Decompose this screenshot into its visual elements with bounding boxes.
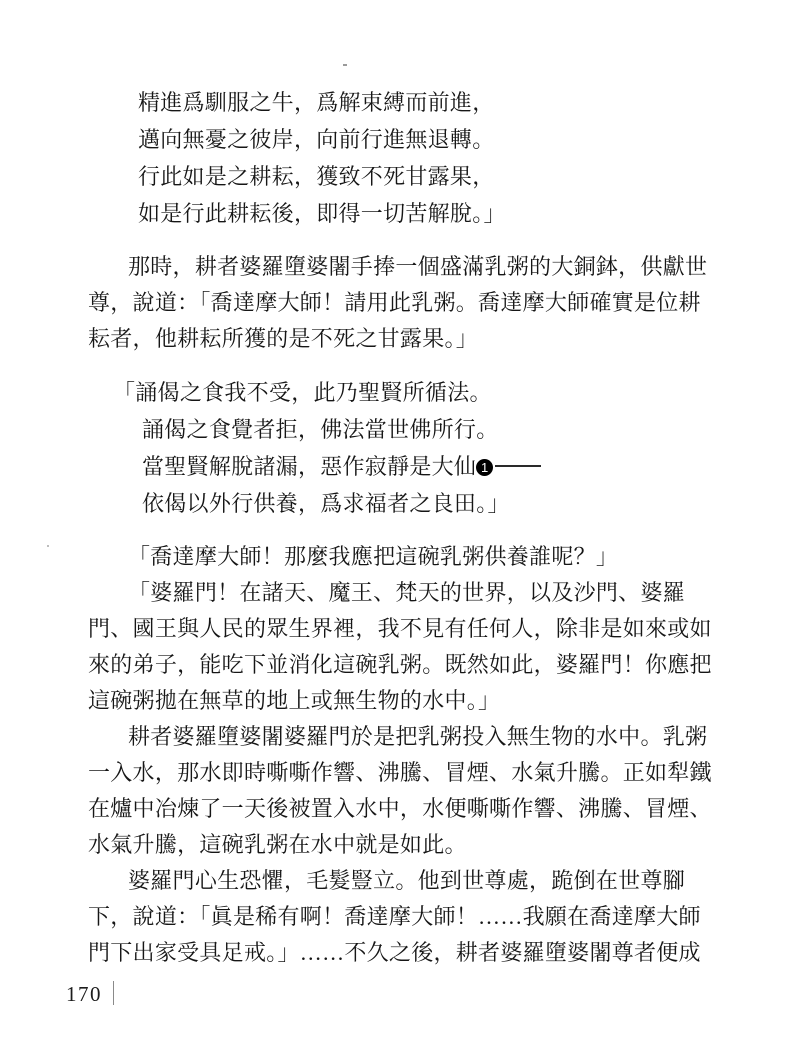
verse-block-plowing: 精進爲馴服之牛，爲解束縛而前進， 邁向無憂之彼岸，向前行進無退轉。 行此如是之耕… (88, 84, 714, 232)
verse-line: 當聖賢解脫諸漏，惡作寂靜是大仙1—— (142, 448, 714, 485)
scan-speck (47, 545, 49, 547)
paragraph-line: 「婆羅門！在諸天、魔王、梵天的世界，以及沙門、婆羅 (88, 575, 714, 611)
paragraph-line: 婆羅門心生恐懼，毛髮豎立。他到世尊處，跪倒在世尊腳 (88, 863, 714, 899)
page-number: 170 (66, 982, 102, 1006)
paragraph-offering: 那時，耕者婆羅墮婆闍手捧一個盛滿乳粥的大銅鉢，供獻世 尊，說道：「喬達摩大師！請… (88, 249, 714, 357)
paragraph-line: 耕者婆羅墮婆闍婆羅門於是把乳粥投入無生物的水中。乳粥 (88, 719, 714, 755)
book-page: 精進爲馴服之牛，爲解束縛而前進， 邁向無憂之彼岸，向前行進無退轉。 行此如是之耕… (0, 0, 792, 1056)
paragraph-line: 門、國王與人民的眾生界裡，我不見有任何人，除非是如來或如 (88, 611, 714, 647)
verse-block-refusal: 「誦偈之食我不受，此乃聖賢所循法。 誦偈之食覺者拒，佛法當世佛所行。 當聖賢解脫… (88, 374, 714, 522)
verse-line: 依偈以外行供養，爲求福者之良田。」 (142, 485, 714, 522)
verse-line: 「誦偈之食我不受，此乃聖賢所循法。 (113, 374, 714, 411)
paragraph-line: 「喬達摩大師！那麼我應把這碗乳粥供養誰呢？」 (88, 539, 714, 575)
scan-speck (343, 64, 347, 66)
spacer (88, 522, 714, 539)
verse-line: 行此如是之耕耘，獲致不死甘露果， (138, 158, 714, 195)
paragraph-line: 這碗粥拋在無草的地上或無生物的水中。」 (88, 683, 714, 719)
paragraph-line: 耘者，他耕耘所獲的是不死之甘露果。」 (88, 321, 714, 357)
paragraph-line: 來的弟子，能吃下並消化這碗乳粥。既然如此，婆羅門！你應把 (88, 647, 714, 683)
paragraph-water: 耕者婆羅墮婆闍婆羅門於是把乳粥投入無生物的水中。乳粥 一入水，那水即時嘶嘶作響、… (88, 719, 714, 863)
paragraph-line: 那時，耕者婆羅墮婆闍手捧一個盛滿乳粥的大銅鉢，供獻世 (88, 249, 714, 285)
paragraph-line: 尊，說道：「喬達摩大師！請用此乳粥。喬達摩大師確實是位耕 (88, 285, 714, 321)
paragraph-answer: 「婆羅門！在諸天、魔王、梵天的世界，以及沙門、婆羅 門、國王與人民的眾生界裡，我… (88, 575, 714, 719)
paragraph-line: 在爐中冶煉了一天後被置入水中，水便嘶嘶作響、沸騰、冒煙、 (88, 791, 714, 827)
long-dash: —— (495, 465, 541, 467)
verse-line: 如是行此耕耘後，即得一切苦解脫。」 (138, 195, 714, 232)
paragraph-line: 下，說道：「眞是稀有啊！喬達摩大師！……我願在喬達摩大師 (88, 899, 714, 935)
verse-line-text: 當聖賢解脫諸漏，惡作寂靜是大仙 (142, 454, 476, 479)
spacer (88, 232, 714, 249)
spacer (88, 357, 714, 374)
footer-divider: | (113, 981, 114, 1005)
paragraph-line: 水氣升騰，這碗乳粥在水中就是如此。 (88, 827, 714, 863)
verse-line: 邁向無憂之彼岸，向前行進無退轉。 (138, 121, 714, 158)
text-column: 精進爲馴服之牛，爲解束縛而前進， 邁向無憂之彼岸，向前行進無退轉。 行此如是之耕… (88, 84, 714, 971)
paragraph-ordination: 婆羅門心生恐懼，毛髮豎立。他到世尊處，跪倒在世尊腳 下，說道：「眞是稀有啊！喬達… (88, 863, 714, 971)
paragraph-line: 門下出家受具足戒。」……不久之後，耕者婆羅墮婆闍尊者便成 (88, 935, 714, 971)
verse-line: 誦偈之食覺者拒，佛法當世佛所行。 (142, 411, 714, 448)
page-footer: 170| (66, 981, 114, 1007)
paragraph-line: 一入水，那水即時嘶嘶作響、沸騰、冒煙、水氣升騰。正如犁鐵 (88, 755, 714, 791)
verse-line: 精進爲馴服之牛，爲解束縛而前進， (138, 84, 714, 121)
paragraph-question: 「喬達摩大師！那麼我應把這碗乳粥供養誰呢？」 (88, 539, 714, 575)
footnote-marker-icon[interactable]: 1 (476, 459, 493, 476)
